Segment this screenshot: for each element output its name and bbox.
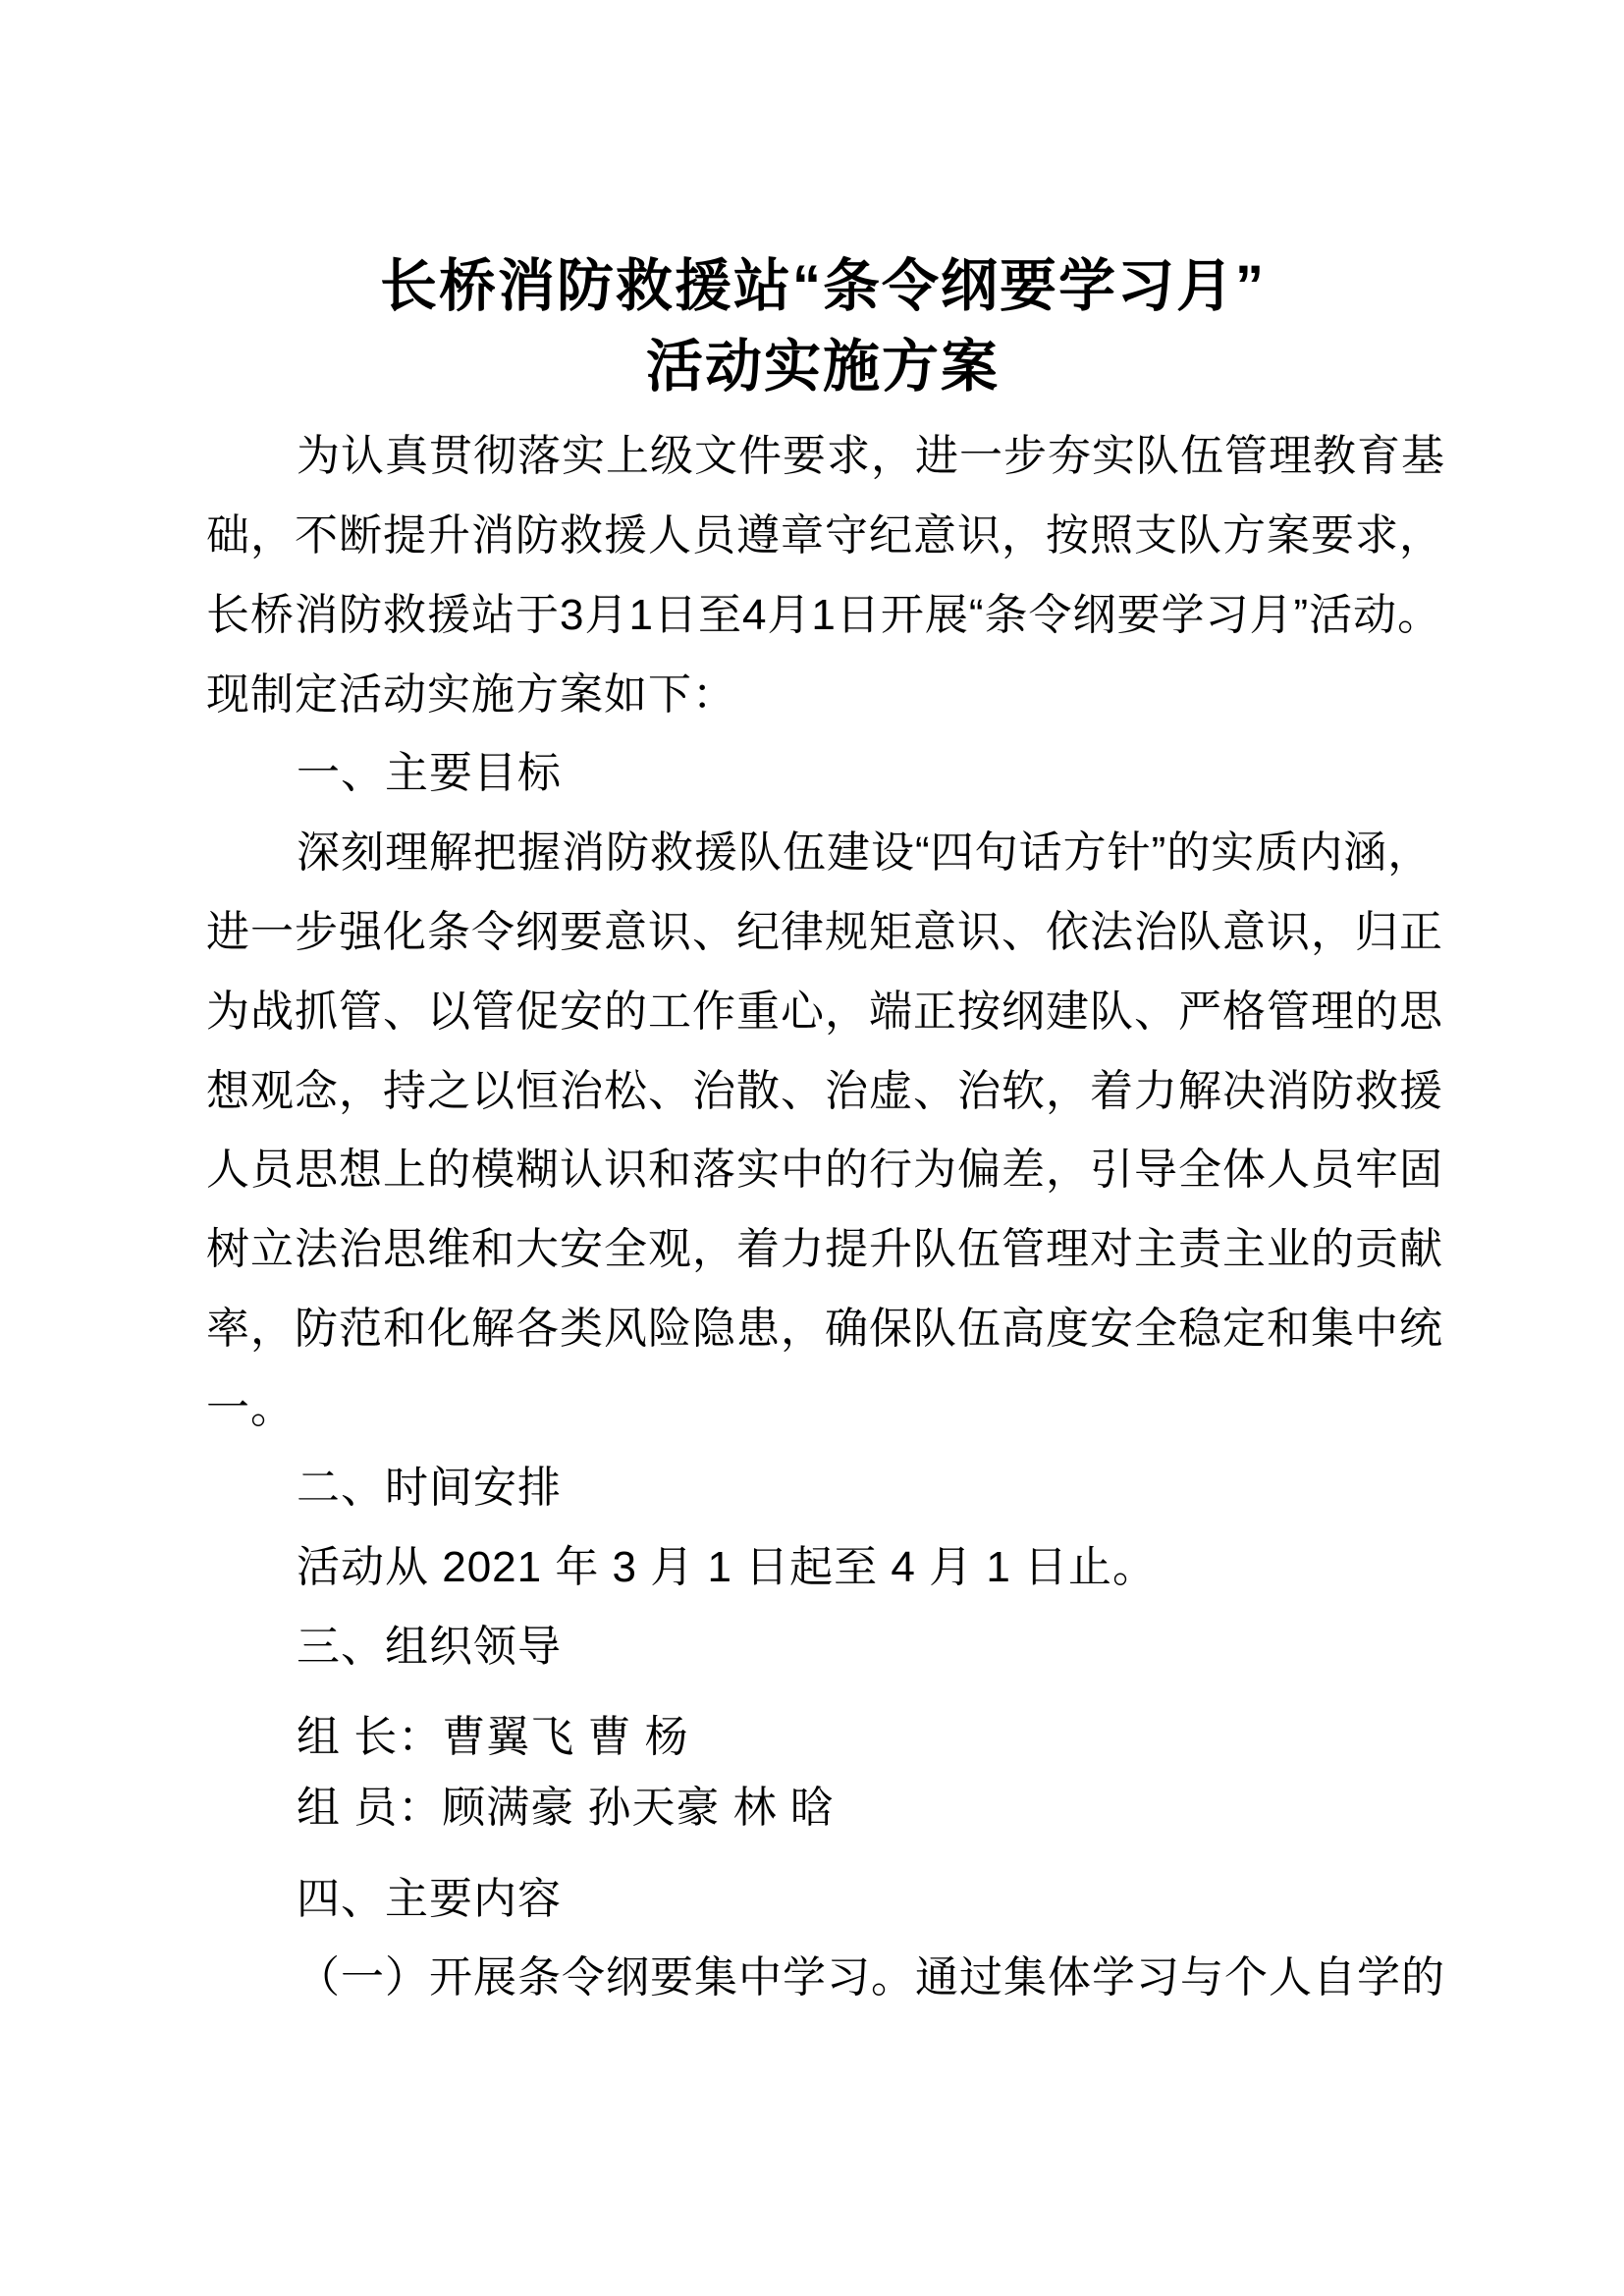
document-title-line-1: 长桥消防救援站“条令纲要学习月”: [206, 254, 1439, 320]
group-leader-line: 组 长：曹翼飞 曹 杨: [297, 1713, 1443, 1763]
body-line: 为认真贯彻落实上级文件要求，进一步夯实队伍管理教育基: [297, 432, 1443, 482]
section-heading-4: 四、主要内容: [297, 1875, 1443, 1925]
body-line: 长桥消防救援站于3月1日至4月1日开展“条令纲要学习月”活动。: [206, 591, 1443, 641]
body-line: 础，不断提升消防救援人员遵章守纪意识，按照支队方案要求，: [206, 511, 1443, 561]
body-line: 一。: [206, 1384, 1443, 1434]
body-line: 深刻理解把握消防救援队伍建设“四句话方针”的实质内涵，: [297, 828, 1443, 879]
section-heading-1: 一、主要目标: [297, 749, 1443, 799]
body-line: 树立法治思维和大安全观，着力提升队伍管理对主责主业的贡献: [206, 1225, 1443, 1275]
document-title-line-2: 活动实施方案: [206, 335, 1439, 400]
body-line: 率，防范和化解各类风险隐患，确保队伍高度安全稳定和集中统: [206, 1305, 1443, 1355]
section-heading-3: 三、组织领导: [297, 1623, 1443, 1673]
body-line: 人员思想上的模糊认识和落实中的行为偏差，引导全体人员牢固: [206, 1146, 1443, 1196]
body-line: （一）开展条令纲要集中学习。通过集体学习与个人自学的: [297, 1953, 1443, 2003]
body-line: 为战抓管、以管促安的工作重心，端正按纲建队、严格管理的思: [206, 988, 1443, 1038]
body-line: 想观念，持之以恒治松、治散、治虚、治软，着力解决消防救援: [206, 1067, 1443, 1117]
group-member-line: 组 员：顾满豪 孙天豪 林 晗: [297, 1784, 1443, 1834]
body-line: 现制定活动实施方案如下：: [206, 670, 1443, 721]
section-heading-2: 二、时间安排: [297, 1464, 1443, 1514]
body-line: 进一步强化条令纲要意识、纪律规矩意识、依法治队意识，归正: [206, 908, 1443, 958]
document-page: 长桥消防救援站“条令纲要学习月” 活动实施方案 为认真贯彻落实上级文件要求，进一…: [0, 0, 1624, 2296]
body-line: 活动从 2021 年 3 月 1 日起至 4 月 1 日止。: [297, 1543, 1443, 1593]
